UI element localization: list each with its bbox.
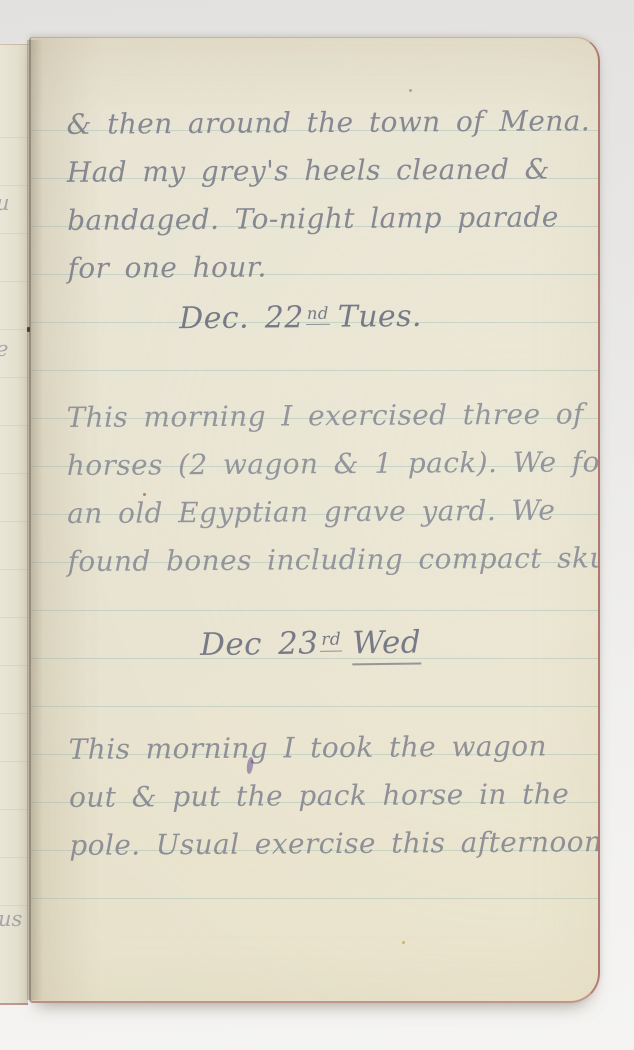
handwriting-line: an old Egyptian grave yard. We (67, 486, 600, 538)
handwriting-line: This morning I took the wagon (69, 722, 600, 774)
date-heading-dec-22: Dec. 22ndTues. (29, 288, 584, 345)
handwriting-line: This morning I exercised three of the (66, 390, 600, 442)
diary-scan-photo: u e us & then around the town of Mena. H… (0, 0, 634, 1050)
diary-paragraph-dec23: This morning I took the wagon out & put … (69, 722, 600, 870)
heading-date-text: Dec 23 (200, 625, 319, 663)
notebook-page: & then around the town of Mena. Had my g… (29, 37, 600, 1003)
edge-text-fragment: e (0, 337, 8, 361)
edge-text-fragment: u (0, 191, 10, 215)
handwriting-line: Had my grey's heels cleaned & (67, 145, 591, 197)
handwriting-line: for one hour. (67, 241, 591, 293)
paper-speck (409, 89, 412, 92)
handwriting-line: & then around the town of Mena. (66, 97, 590, 149)
paper-speck (402, 941, 405, 944)
facing-page-edge: u e us (0, 44, 28, 1005)
paper-speck (27, 327, 30, 332)
heading-day-text: Tues. (338, 299, 422, 335)
ordinal-superscript: nd (306, 304, 330, 325)
ordinal-superscript: rd (320, 630, 342, 652)
diary-paragraph-dec21: & then around the town of Mena. Had my g… (66, 97, 591, 293)
handwriting-line: out & put the pack horse in the (69, 770, 600, 822)
date-heading-dec-23: Dec 23rdWed (29, 612, 594, 671)
diary-paragraph-dec22: This morning I exercised three of the ho… (66, 390, 600, 586)
heading-date-text: Dec. 22 (179, 300, 304, 336)
handwriting-line: bandaged. To-night lamp parade (67, 193, 591, 245)
ruled-lines (0, 137, 28, 907)
handwriting-line: pole. Usual exercise this afternoon. (69, 818, 600, 870)
heading-day-text-underlined: Wed (352, 624, 421, 665)
handwriting-line: horses (2 wagon & 1 pack). We found (67, 438, 600, 490)
edge-text-fragment: us (0, 907, 22, 931)
handwriting-line: found bones including compact skulls. (67, 534, 600, 586)
paper-speck (143, 493, 146, 496)
